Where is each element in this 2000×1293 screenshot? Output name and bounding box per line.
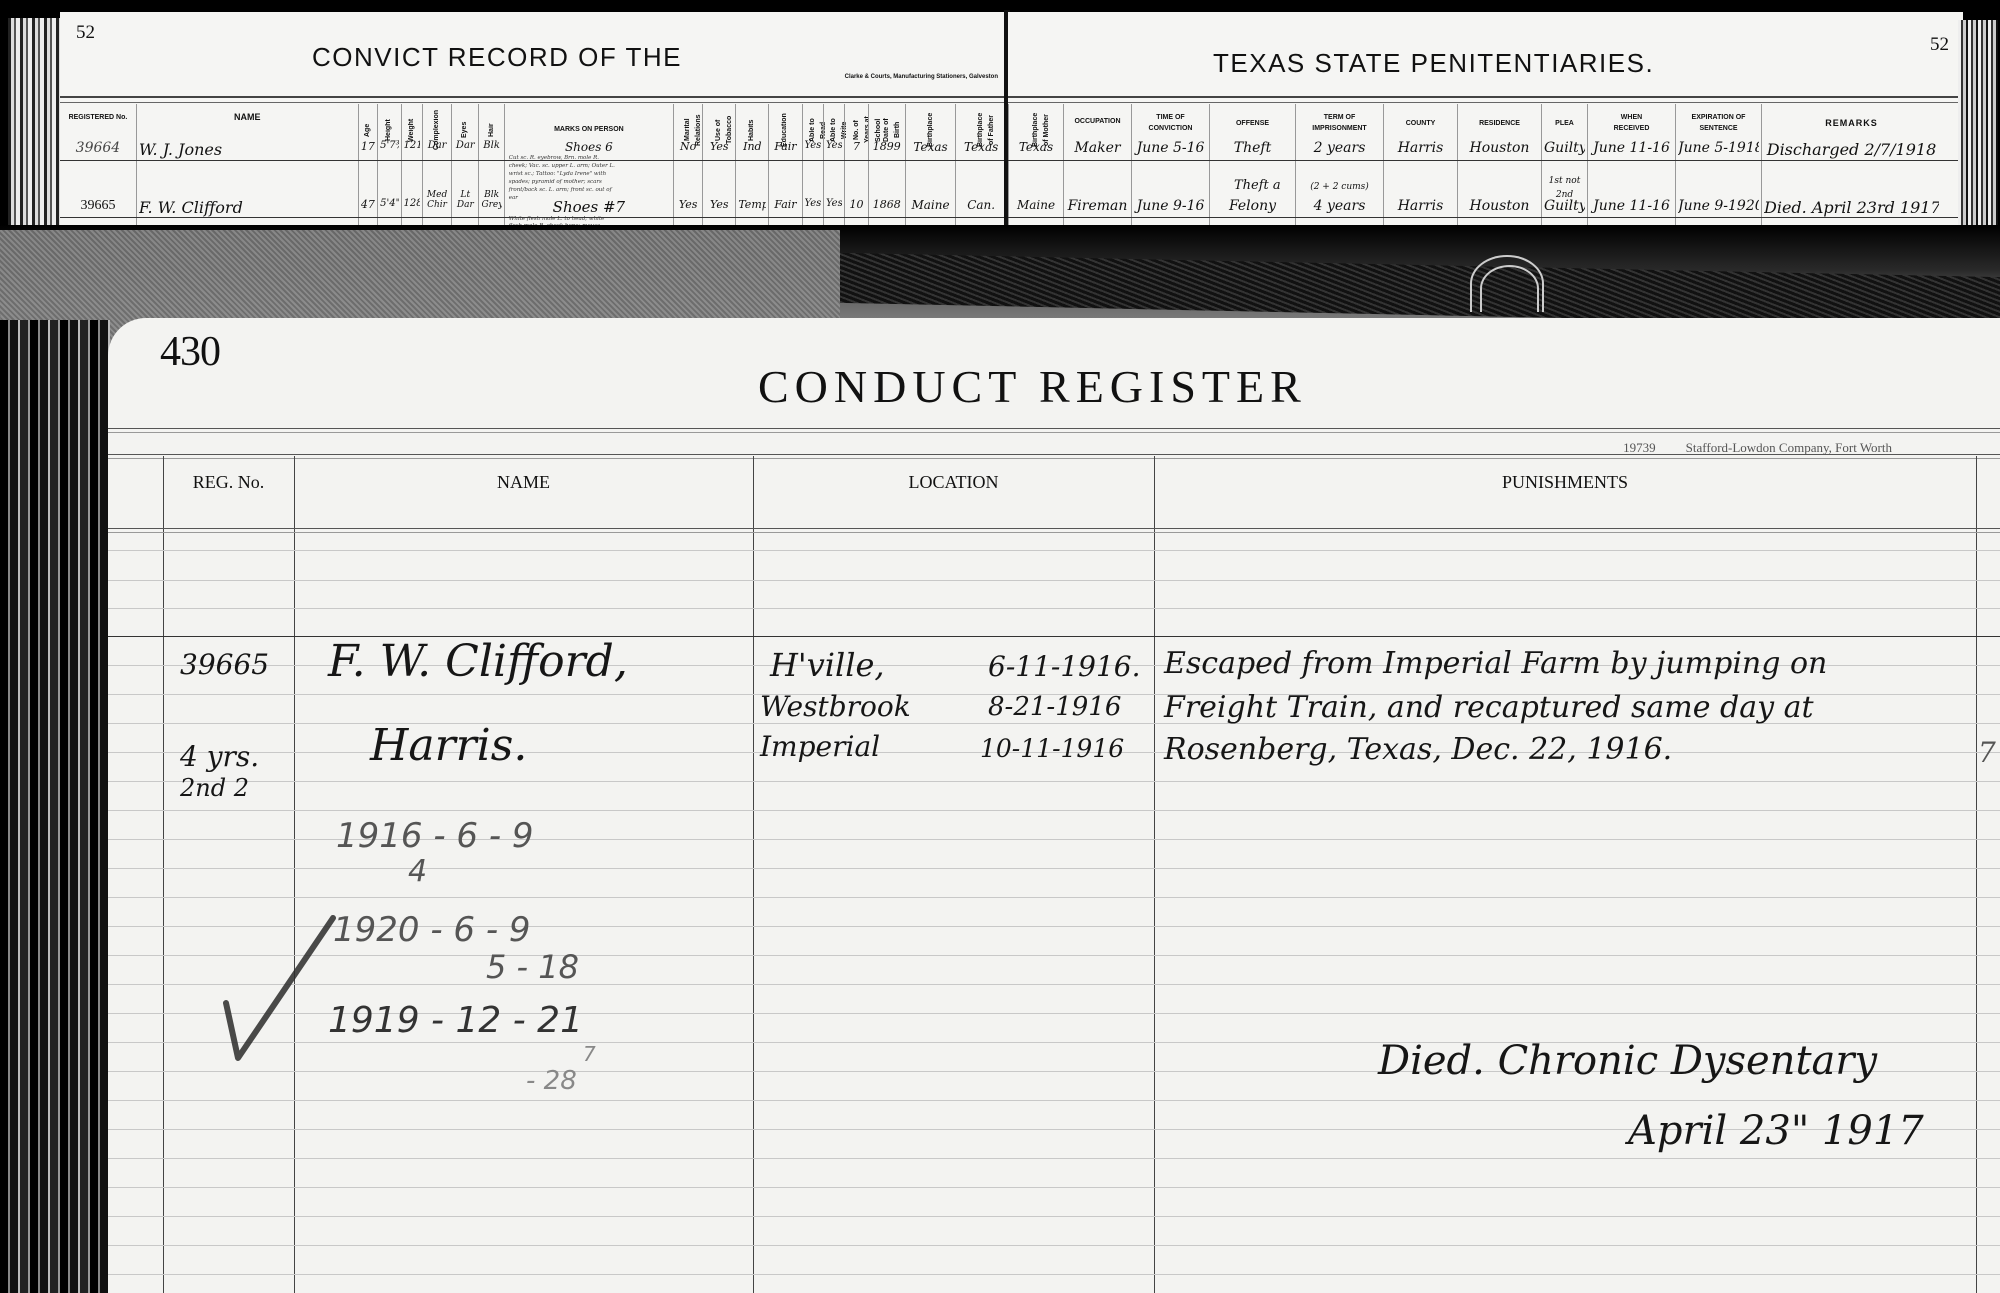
pencil-calc-line-7: - 28 [526, 1066, 577, 1096]
death-note: Died. Chronic Dysentary [1378, 1038, 1877, 1084]
page-title-right: TEXAS STATE PENITENTIARIES. [1213, 48, 1654, 79]
col-term-of-imprisonment: TERM OF IMPRISONMENT 2 years (2 + 2 cums… [1295, 104, 1383, 225]
marks-note-row1: Cut sc. R. eyebrow, Brn. mole R. cheek; … [509, 154, 617, 202]
col-school-years: No. of Years at School 7 10 [844, 104, 867, 225]
col-hair: Hair Blk Blk Grey [478, 104, 503, 225]
col-father-birthplace: Birthplace of Father Texas Can. [955, 104, 1006, 225]
margin-note: 7 [1978, 736, 1996, 769]
pencil-calc-line-5: 1919 - 12 - 21 [328, 1000, 583, 1041]
entry-term-note: 2nd 2 [180, 774, 249, 802]
row-rule-1-right [1008, 160, 1963, 161]
col-header-name: NAME [294, 472, 753, 493]
pencil-calc-line-3: 1920 - 6 - 9 [333, 910, 531, 950]
header-rule-right [1008, 96, 1963, 103]
book-page-edges [0, 320, 110, 1293]
col-offense: OFFENSE Theft Theft a Felony [1209, 104, 1295, 225]
col-county: COUNTY Harris Harris [1383, 104, 1457, 225]
book-page-edges-left [8, 18, 66, 225]
col-header-punishments: PUNISHMENTS [1154, 472, 1976, 493]
location-1-date: 6-11-1916. [988, 650, 1141, 683]
col-expiration-of-sentence: EXPIRATION OF SENTENCE June 5-1918 June … [1675, 104, 1761, 225]
col-complexion: Complexion Dar Med Chir [422, 104, 451, 225]
col-marks-on-person: MARKS ON PERSON Shoes 6 Cut sc. R. eyebr… [504, 104, 673, 225]
checkmark-icon [208, 908, 338, 1068]
convict-record-right-page: TEXAS STATE PENITENTIARIES. 52 Birthplac… [1008, 12, 1963, 225]
col-education: Education Fair Fair [768, 104, 801, 225]
col-reg-no: REGISTERED No. 39664 39665 [60, 104, 136, 225]
entry-term: 4 yrs. [180, 740, 259, 773]
location-3-place: Imperial [760, 730, 880, 763]
book-page-edges-right [1958, 20, 1998, 227]
col-plea: PLEA Guilty 1st not 2nd Guilty [1541, 104, 1587, 225]
page-number: 430 [160, 328, 220, 376]
col-mother-birthplace: Birthplace of Mother Texas Maine [1008, 104, 1063, 225]
col-eyes: Eyes Dar Lt Dar [451, 104, 478, 225]
pencil-calc-line-2: 4 [408, 854, 427, 889]
punishment-line-1: Escaped from Imperial Farm by jumping on [1164, 646, 1827, 681]
row-rule-2-right [1008, 217, 1963, 218]
punishment-line-3: Rosenberg, Texas, Dec. 22, 1916. [1164, 732, 1672, 767]
convict-left-columns: REGISTERED No. 39664 39665 NAME W. J. Jo… [60, 104, 1006, 225]
row-rule-2 [60, 217, 1006, 218]
conduct-register-page: 430 CONDUCT REGISTER 19739Stafford-Lowdo… [108, 318, 2000, 1293]
col-when-received: WHEN RECEIVED June 11-16 June 11-16 [1587, 104, 1675, 225]
location-2-place: Westbrook [760, 690, 911, 723]
location-1-place: H'ville, [770, 646, 885, 684]
binding-thread-icon [1480, 265, 1539, 312]
col-habits: Habits Ind Temp [735, 104, 768, 225]
convict-record-left-page: 52 CONVICT RECORD OF THE Clarke & Courts… [60, 12, 1006, 225]
col-date-of-birth: Date of Birth 1899 1868 [868, 104, 905, 225]
pencil-calc-line-6: 7 [583, 1042, 596, 1066]
col-tobacco: Use of Tobacco Yes Yes [702, 104, 735, 225]
page-number-left: 52 [76, 22, 95, 44]
col-marital: Marital Relations No Yes [673, 104, 702, 225]
header-rule [60, 96, 1006, 103]
printer-name: Stafford-Lowdon Company, Fort Worth [1686, 440, 1892, 455]
form-number: 19739 [1623, 440, 1656, 455]
col-height: Height 5'7¾ 5'4" [377, 104, 400, 225]
convict-right-columns: Birthplace of Mother Texas Maine OCCUPAT… [1008, 104, 1963, 225]
entry-reg-no: 39665 [180, 648, 269, 681]
punishment-line-2: Freight Train, and recaptured same day a… [1164, 690, 1814, 725]
convict-record-strip: 52 CONVICT RECORD OF THE Clarke & Courts… [0, 0, 2000, 225]
col-age: Age 17 47 [358, 104, 377, 225]
term-note: (2 + 2 cums) [1296, 182, 1383, 192]
pencil-calc-line-1: 1916 - 6 - 9 [336, 816, 534, 856]
entry-county: Harris. [370, 720, 527, 771]
col-remarks: REMARKS Discharged 2/7/1918 Died. April … [1761, 104, 1941, 225]
col-able-to-write: Able to Write Yes Yes [823, 104, 844, 225]
col-header-reg-no: REG. No. [163, 472, 294, 493]
printer-mark: Clarke & Courts, Manufacturing Stationer… [845, 74, 998, 80]
offense-note: Theft a [1234, 178, 1281, 193]
page-number-right: 52 [1930, 34, 1949, 56]
location-2-date: 8-21-1916 [988, 692, 1121, 722]
col-weight: Weight 121 128 [401, 104, 422, 225]
col-name: NAME W. J. Jones F. W. Clifford [136, 104, 358, 225]
col-occupation: OCCUPATION Maker Fireman [1063, 104, 1131, 225]
page-title-left: CONVICT RECORD OF THE [312, 42, 682, 73]
col-header-location: LOCATION [753, 472, 1154, 493]
row-rule-1 [60, 160, 1006, 161]
col-time-of-conviction: TIME OF CONVICTION June 5-16 June 9-16 [1131, 104, 1209, 225]
col-able-to-read: Able to Read Yes Yes [802, 104, 823, 225]
death-date: April 23" 1917 [1628, 1108, 1924, 1154]
pencil-calc-line-4: 5 - 18 [486, 948, 579, 986]
location-3-date: 10-11-1916 [980, 734, 1124, 763]
col-birthplace: Birthplace Texas Maine [905, 104, 956, 225]
col-residence: RESIDENCE Houston Houston [1457, 104, 1541, 225]
entry-name: F. W. Clifford, [328, 636, 628, 687]
page-title: CONDUCT REGISTER [758, 360, 1307, 413]
